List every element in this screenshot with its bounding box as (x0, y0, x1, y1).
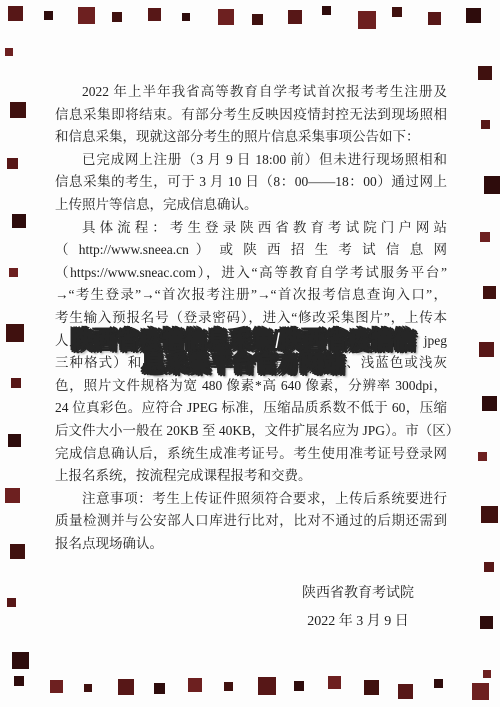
watermark-title-line: 息采集平台官方网站 (48, 352, 440, 375)
border-square (5, 488, 20, 503)
border-square (478, 66, 492, 80)
border-square (9, 268, 18, 277)
document-line: 2022 年上半年我省高等教育自学考试首次报考考生注册及 (55, 81, 447, 104)
document-line: 具体流程：考生登录陕西省教育考试院门户网站 (55, 217, 447, 240)
document-line: 上传照片等信息，完成信息确认。 (55, 194, 447, 217)
border-square (484, 176, 500, 194)
signature-block: 陕西省教育考试院 2022 年 3 月 9 日 (296, 580, 420, 636)
border-square (398, 684, 413, 699)
signature-date: 2022 年 3 月 9 日 (296, 608, 420, 636)
border-square (484, 562, 494, 572)
border-square (428, 12, 441, 25)
border-square (5, 48, 13, 56)
border-square (479, 342, 494, 357)
border-square (8, 434, 21, 447)
document-line: →“考生登录”→“首次报考注册”→“首次报考信息查询入口”， (55, 284, 447, 307)
border-square (154, 683, 165, 694)
border-square (218, 9, 234, 25)
document-body: 2022 年上半年我省高等教育自学考试首次报考考生注册及信息采集即将结束。有部分… (55, 81, 447, 555)
document-line: 信息采集即将结束。有部分考生反映因疫情封控无法到现场照相 (55, 104, 447, 127)
border-square (188, 678, 202, 692)
border-square (50, 680, 63, 693)
border-square (288, 10, 302, 24)
border-square (10, 102, 26, 118)
border-square (466, 8, 481, 23)
border-square (7, 158, 18, 169)
document-line: （ http://www.sneea.cn ） 或 陕 西 招 生 考 试 信 … (55, 239, 447, 262)
border-square (224, 682, 233, 691)
border-square (294, 681, 304, 691)
border-square (44, 11, 53, 20)
border-square (472, 683, 489, 700)
watermark-title-line: 陕西省疫情信息采集/陕西省疫情信 (48, 329, 440, 352)
border-square (148, 8, 161, 21)
border-square (322, 6, 331, 15)
border-square (252, 14, 263, 25)
border-square (12, 652, 29, 669)
page: 2022 年上半年我省高等教育自学考试首次报考考生注册及信息采集即将结束。有部分… (0, 0, 500, 707)
border-square (118, 679, 134, 695)
border-square (480, 232, 490, 242)
document-line: 色，照片文件规格为宽 480 像素*高 640 像素，分辨率 300dpi， (55, 375, 447, 398)
document-line: 考生输入预报名号（登录密码），进入“修改采集图片”，上传本 (55, 307, 447, 330)
border-square (483, 286, 496, 299)
border-square (358, 11, 376, 29)
border-square (14, 676, 24, 686)
document-line: 24 位真彩色。应符合 JPEG 标准，压缩品质系数不低于 60，压缩 (55, 397, 447, 420)
document-line: 完成信息确认后，系统生成准考证号。考生使用准考证号登录网 (55, 443, 447, 466)
border-square (392, 7, 402, 17)
border-square (258, 677, 276, 695)
border-square (78, 7, 95, 24)
document-line: （https://www.sneac.com），进入“高等教育自学考试服务平台” (55, 262, 447, 285)
border-square (482, 396, 497, 411)
border-square (481, 120, 490, 129)
border-square (182, 13, 190, 21)
border-square (478, 452, 487, 461)
border-square (481, 506, 498, 523)
border-square (11, 378, 21, 388)
border-square (10, 544, 25, 559)
document-line: 和信息采集，现就这部分考生的照片信息采集事项公告如下： (55, 126, 447, 149)
border-square (7, 598, 16, 607)
document-line: 信息采集的考生，可于 3 月 10 日（8：00——18：00）通过网上 (55, 171, 447, 194)
document-line: 质量检测并与公安部人口库进行比对，比对不通过的后期还需到 (55, 510, 447, 533)
border-square (112, 12, 122, 22)
signature-org: 陕西省教育考试院 (296, 580, 420, 608)
document-line: 注意事项：考生上传证件照须符合要求，上传后系统要进行 (55, 488, 447, 511)
document-line: 上报名系统，按流程完成课程报考和交费。 (55, 465, 447, 488)
border-square (434, 679, 443, 688)
document-line: 报名点现场确认。 (55, 533, 447, 556)
border-square (12, 214, 26, 228)
border-square (364, 680, 379, 695)
watermark-title: 陕西省疫情信息采集/陕西省疫情信 息采集平台官方网站 (48, 329, 440, 375)
document-line: 后文件大小一般在 20KB 至 40KB，文件扩展名应为 JPG）。市（区） (55, 420, 447, 443)
border-square (8, 6, 23, 21)
border-square (84, 684, 92, 692)
border-square (6, 324, 24, 342)
border-square (480, 616, 493, 629)
border-square (328, 676, 341, 689)
border-square (483, 670, 491, 678)
document-line: 已完成网上注册（3 月 9 日 18:00 前）但未进行现场照相和 (55, 149, 447, 172)
